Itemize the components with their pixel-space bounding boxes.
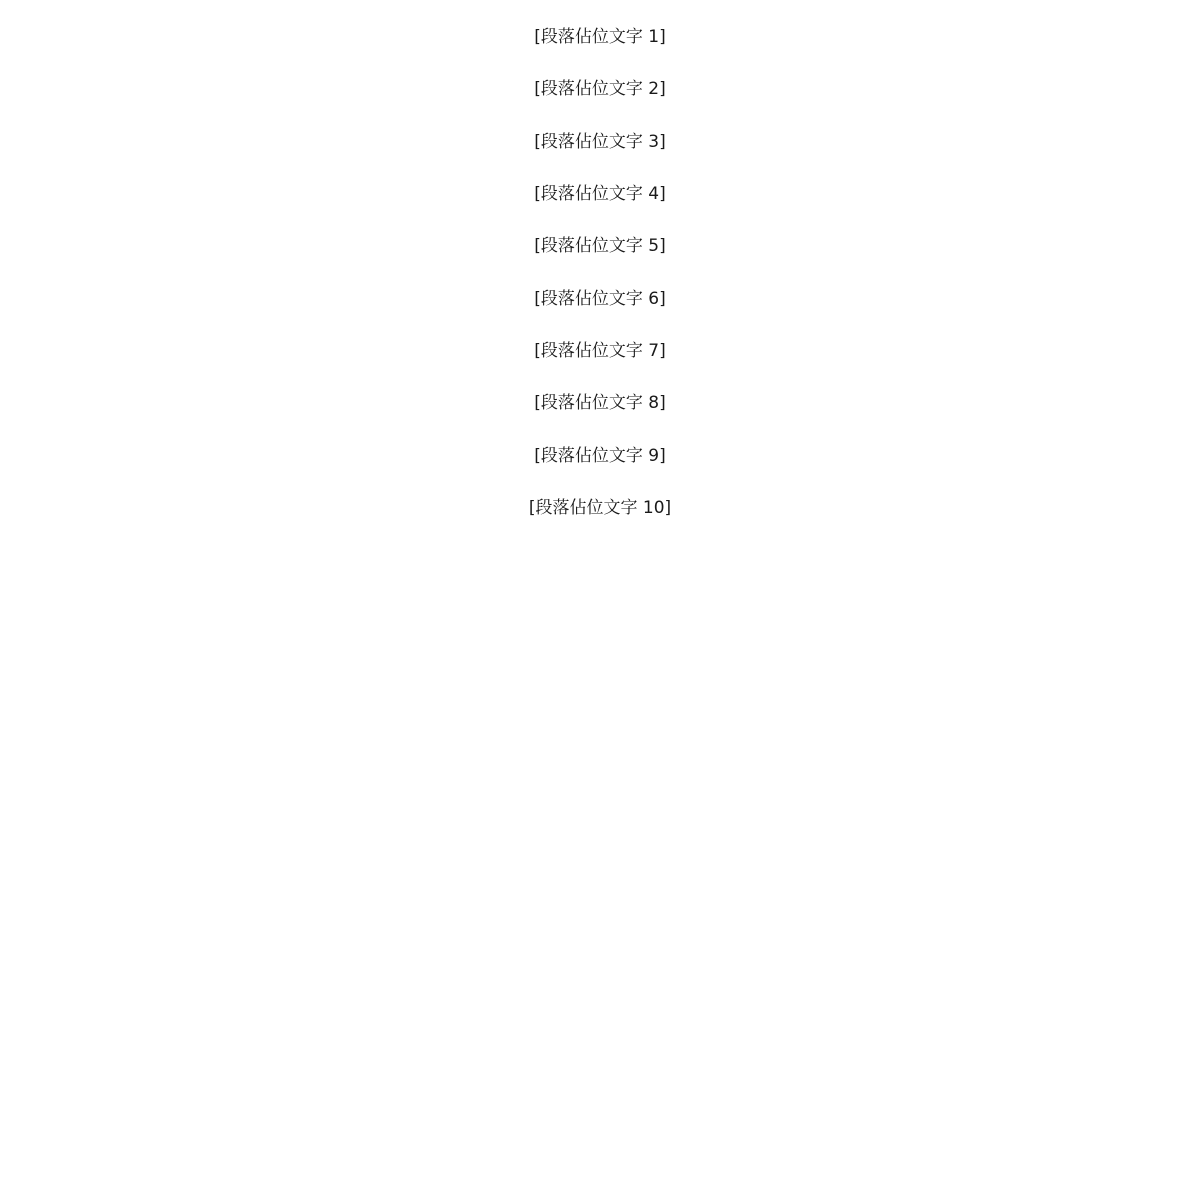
- paragraph: [段落佔位文字 3]: [10, 129, 1190, 155]
- paragraph: [段落佔位文字 8]: [10, 390, 1190, 416]
- paragraph: [段落佔位文字 10]: [10, 495, 1190, 521]
- paragraph: [段落佔位文字 2]: [10, 76, 1190, 102]
- paragraph: [段落佔位文字 4]: [10, 181, 1190, 207]
- paragraph: [段落佔位文字 5]: [10, 233, 1190, 259]
- paragraph: [段落佔位文字 6]: [10, 286, 1190, 312]
- document-page: [段落佔位文字 1][段落佔位文字 2][段落佔位文字 3][段落佔位文字 4]…: [0, 0, 1200, 1195]
- paragraph: [段落佔位文字 9]: [10, 443, 1190, 469]
- paragraph: [段落佔位文字 1]: [10, 24, 1190, 50]
- paragraph: [段落佔位文字 7]: [10, 338, 1190, 364]
